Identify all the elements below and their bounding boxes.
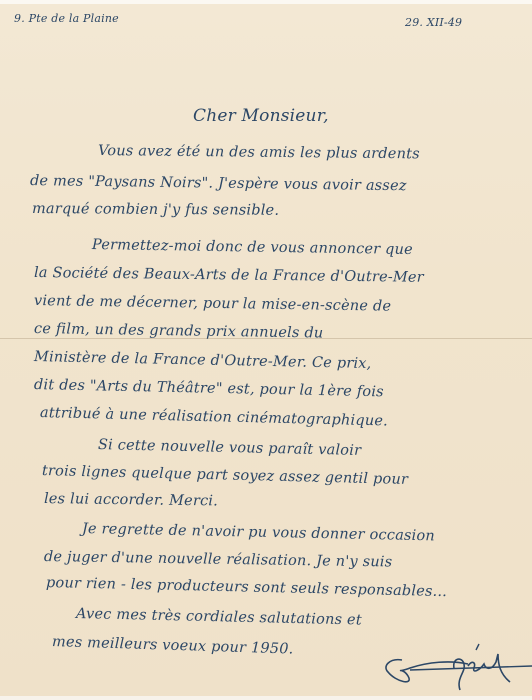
sender-address: 9. Pte de la Plaine	[14, 12, 119, 25]
letter-page: 9. Pte de la Plaine 29. XII-49 Cher Mons…	[0, 0, 532, 700]
letter-line: Si cette nouvelle vous paraît valoir	[98, 437, 362, 459]
letter-date: 29. XII-49	[405, 16, 462, 29]
letter-line: trois lignes quelque part soyez assez ge…	[42, 463, 408, 488]
salutation: Cher Monsieur,	[193, 106, 329, 126]
paper-bottom-edge	[0, 696, 532, 700]
paper-top-edge	[0, 0, 532, 4]
letter-line: attribué à une réalisation cinématograph…	[40, 405, 388, 429]
letter-line: mes meilleurs voeux pour 1950.	[52, 634, 294, 658]
signature-icon: G. Régnier	[380, 640, 532, 694]
letter-line: marqué combien j'y fus sensible.	[32, 201, 279, 219]
letter-line: Ministère de la France d'Outre-Mer. Ce p…	[34, 349, 372, 372]
letter-line: les lui accorder. Merci.	[44, 491, 218, 509]
letter-line: vient de me décerner, pour la mise-en-sc…	[34, 293, 391, 315]
letter-line: dit des "Arts du Théâtre" est, pour la 1…	[34, 377, 384, 400]
letter-line: Permettez-moi donc de vous annoncer que	[92, 237, 413, 258]
letter-line: de mes "Paysans Noirs". J'espère vous av…	[30, 173, 407, 194]
letter-line: Avec mes très cordiales salutations et	[76, 606, 362, 628]
letter-line: Je regrette de n'avoir pu vous donner oc…	[82, 521, 435, 544]
letter-line: la Société des Beaux-Arts de la France d…	[34, 265, 424, 286]
letter-line: de juger d'une nouvelle réalisation. Je …	[44, 549, 393, 570]
letter-line: pour rien - les producteurs sont seuls r…	[46, 575, 447, 600]
letter-line: Vous avez été un des amis les plus arden…	[98, 143, 420, 162]
